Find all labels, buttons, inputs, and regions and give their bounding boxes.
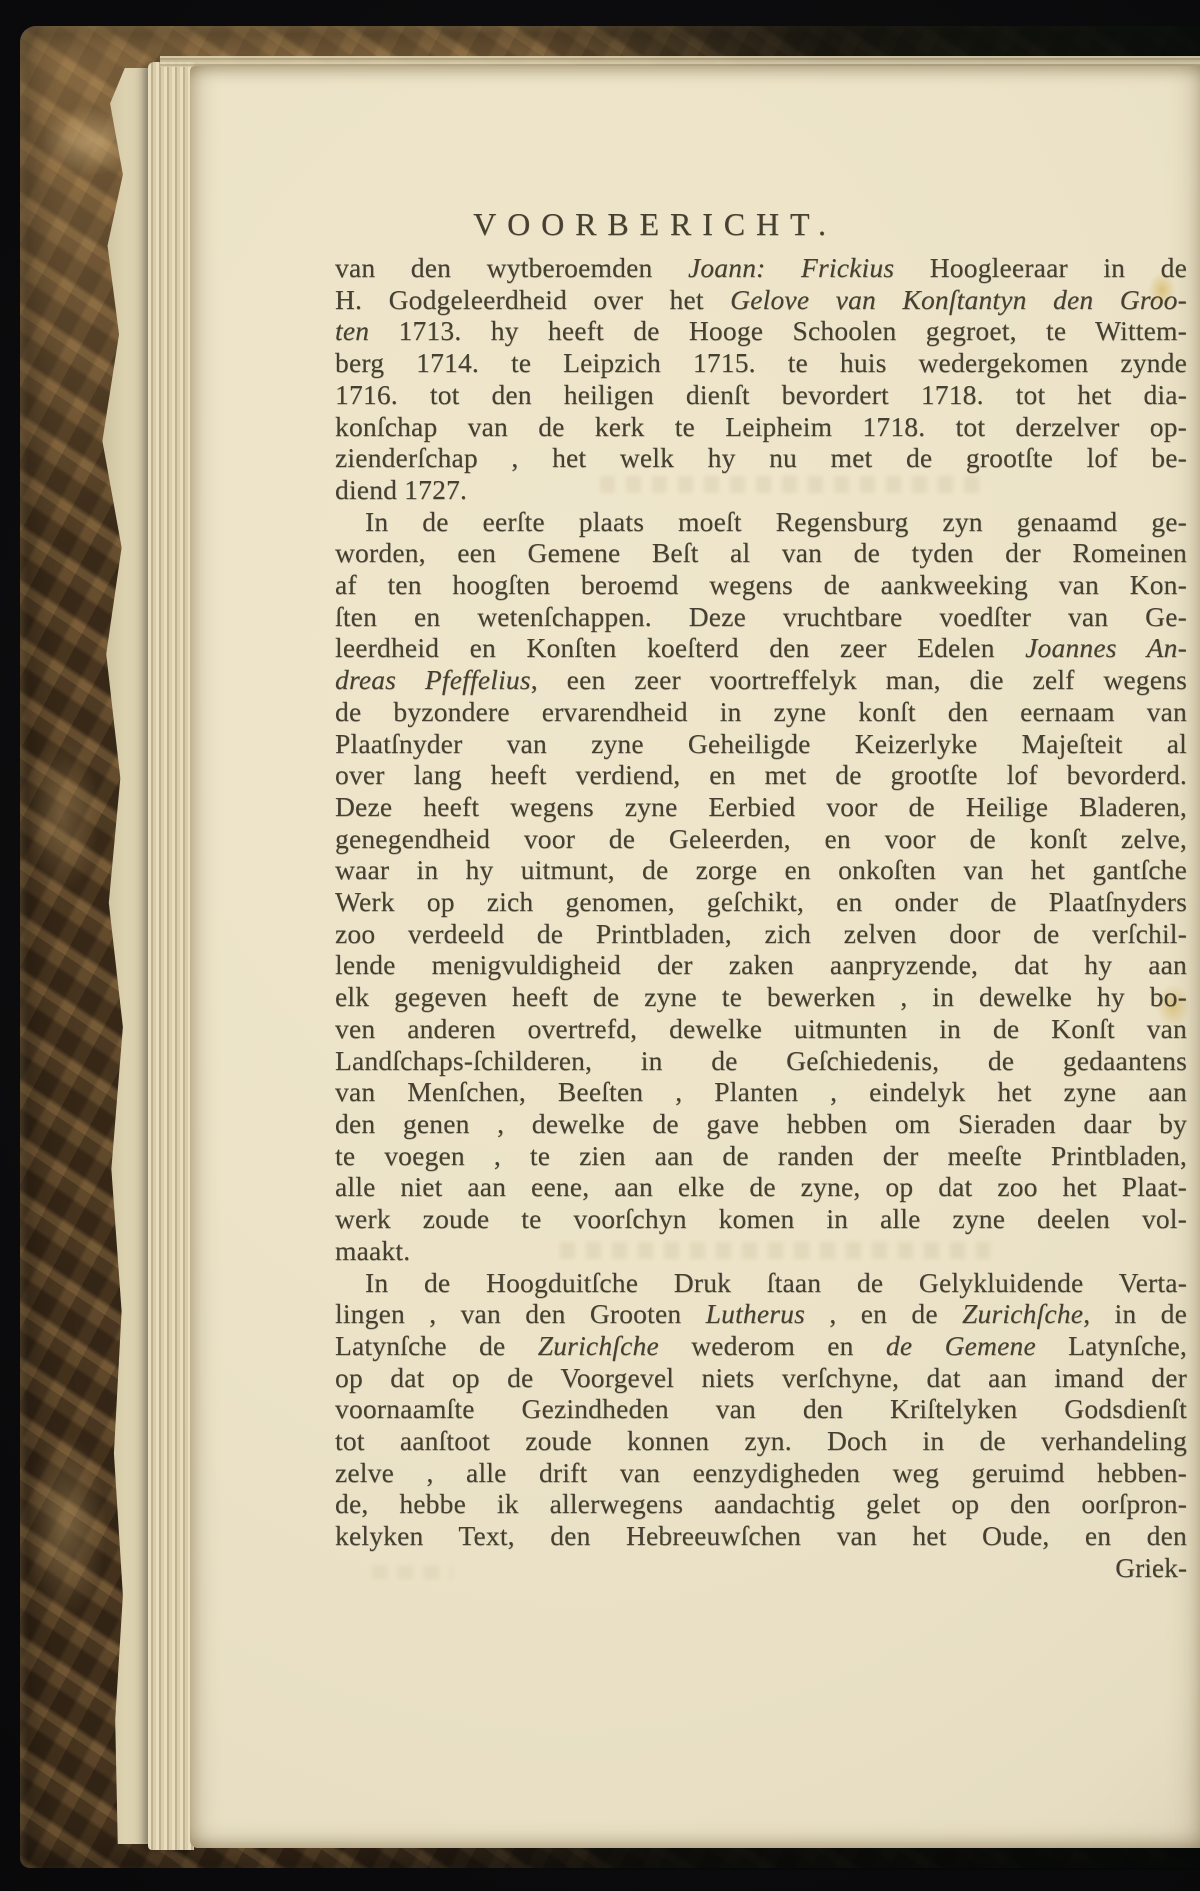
text-line: leerdheid en Konſten koeſterd den zeer E…: [335, 632, 1187, 664]
roman-text: op dat op de Voorgevel niets verſchyne, …: [335, 1362, 1187, 1393]
roman-text: Latynſche,: [1036, 1330, 1187, 1361]
text-line: voornaamſte Gezindheden van den Kriſtely…: [335, 1393, 1187, 1425]
roman-text: zienderſchap , het welk hy nu met de gro…: [335, 442, 1187, 473]
roman-text: kelyken Text, den Hebreeuwſchen van het …: [335, 1520, 1187, 1551]
text-line: kelyken Text, den Hebreeuwſchen van het …: [335, 1520, 1187, 1552]
text-line: zelve , alle drift van eenzydigheden weg…: [335, 1457, 1187, 1489]
roman-text: Deze heeft wegens zyne Eerbied voor de H…: [335, 791, 1187, 822]
paragraph: In de Hoogduitſche Druk ſtaan de Gelyklu…: [335, 1267, 1187, 1552]
text-line: H. Godgeleerdheid over het Gelove van Ko…: [335, 284, 1187, 316]
text-line: zienderſchap , het welk hy nu met de gro…: [335, 442, 1187, 474]
roman-text: ſten en wetenſchappen. Deze vruchtbare v…: [335, 601, 1187, 632]
text-line: Plaatſnyder van zyne Geheiligde Keizerly…: [335, 728, 1187, 760]
roman-text: , een zeer voortreffelyk man, die zelf w…: [531, 664, 1187, 695]
page-content: VOORBERICHT. van den wytberoemden Joann:…: [190, 66, 1200, 1848]
text-line: lende menigvuldigheid der zaken aanpryze…: [335, 949, 1187, 981]
text-line: 1716. tot den heiligen dienſt bevordert …: [335, 379, 1187, 411]
roman-text: worden, een Gemene Beſt al van de tyden …: [335, 537, 1187, 568]
italic-text: dreas Pfeffelius: [335, 664, 531, 695]
roman-text: ven anderen overtrefd, dewelke uitmunten…: [335, 1013, 1187, 1044]
roman-text: genegendheid voor de Geleerden, en voor …: [335, 823, 1187, 854]
text-line: elk gegeven heeft de zyne te bewerken , …: [335, 981, 1187, 1013]
text-block: van den wytberoemden Joann: Frickius Hoo…: [335, 252, 1187, 1552]
text-line: over lang heeft verdiend, en met de groo…: [335, 759, 1187, 791]
text-line: werk zoude te voorſchyn komen in alle zy…: [335, 1203, 1187, 1235]
text-line: worden, een Gemene Beſt al van de tyden …: [335, 537, 1187, 569]
text-line: den genen , dewelke de gave hebben om Si…: [335, 1108, 1187, 1140]
roman-text: Hoogleeraar in de: [894, 252, 1187, 283]
text-line: Werk op zich genomen, geſchikt, en onder…: [335, 886, 1187, 918]
roman-text: te voegen , te zien aan de randen der me…: [335, 1140, 1187, 1171]
roman-text: Landſchaps-ſchilderen, in de Geſchiedeni…: [335, 1045, 1187, 1076]
roman-text: zelve , alle drift van eenzydigheden weg…: [335, 1457, 1187, 1488]
italic-text: Zurichſche: [962, 1298, 1083, 1329]
roman-text: elk gegeven heeft de zyne te bewerken , …: [335, 981, 1187, 1012]
roman-text: H. Godgeleerdheid over het: [335, 284, 730, 315]
text-line: konſchap van de kerk te Leipheim 1718. t…: [335, 411, 1187, 443]
text-line: ven anderen overtrefd, dewelke uitmunten…: [335, 1013, 1187, 1045]
roman-text: 1716. tot den heiligen dienſt bevordert …: [335, 379, 1187, 410]
text-line: waar in hy uitmunt, de zorge en onkoſten…: [335, 854, 1187, 886]
text-line: ſten en wetenſchappen. Deze vruchtbare v…: [335, 601, 1187, 633]
roman-text: tot aanſtoot zoude konnen zyn. Doch in d…: [335, 1425, 1187, 1456]
roman-text: de, hebbe ik allerwegens aandachtig gele…: [335, 1488, 1187, 1519]
italic-text: Joann: Frickius: [688, 252, 894, 283]
text-line: maakt.: [335, 1235, 1187, 1267]
text-line: genegendheid voor de Geleerden, en voor …: [335, 823, 1187, 855]
roman-text: werk zoude te voorſchyn komen in alle zy…: [335, 1203, 1187, 1234]
roman-text: In de Hoogduitſche Druk ſtaan de Gelyklu…: [365, 1267, 1187, 1298]
paragraph: In de eerſte plaats moeſt Regensburg zyn…: [335, 506, 1187, 1267]
text-line: Landſchaps-ſchilderen, in de Geſchiedeni…: [335, 1045, 1187, 1077]
roman-text: , en de: [805, 1298, 962, 1329]
roman-text: van Menſchen, Beeſten , Planten , eindel…: [335, 1076, 1187, 1107]
text-line: diend 1727.: [335, 474, 1187, 506]
text-line: dreas Pfeffelius, een zeer voortreffelyk…: [335, 664, 1187, 696]
catchword: Griek-: [335, 1552, 1187, 1584]
roman-text: Werk op zich genomen, geſchikt, en onder…: [335, 886, 1187, 917]
italic-text: Joannes An-: [1025, 632, 1187, 663]
text-line: Latynſche de Zurichſche wederom en de Ge…: [335, 1330, 1187, 1362]
italic-text: ten: [335, 315, 369, 346]
roman-text: diend 1727.: [335, 474, 467, 505]
text-line: van Menſchen, Beeſten , Planten , eindel…: [335, 1076, 1187, 1108]
text-line: berg 1714. te Leipzich 1715. te huis wed…: [335, 347, 1187, 379]
roman-text: de byzondere ervarendheid in zyne konſt …: [335, 696, 1187, 727]
roman-text: over lang heeft verdiend, en met de groo…: [335, 759, 1187, 790]
roman-text: alle niet aan eene, aan elke de zyne, op…: [335, 1171, 1187, 1202]
text-line: te voegen , te zien aan de randen der me…: [335, 1140, 1187, 1172]
roman-text: In de eerſte plaats moeſt Regensburg zyn…: [365, 506, 1187, 537]
book-photo: VOORBERICHT. van den wytberoemden Joann:…: [0, 0, 1200, 1891]
roman-text: wederom en: [659, 1330, 886, 1361]
text-line: van den wytberoemden Joann: Frickius Hoo…: [335, 252, 1187, 284]
roman-text: Latynſche de: [335, 1330, 538, 1361]
text-line: Deze heeft wegens zyne Eerbied voor de H…: [335, 791, 1187, 823]
italic-text: Gelove van Konſtantyn den Groo-: [730, 284, 1187, 315]
text-line: alle niet aan eene, aan elke de zyne, op…: [335, 1171, 1187, 1203]
roman-text: lingen , van den Grooten: [335, 1298, 706, 1329]
italic-text: Lutherus: [706, 1298, 805, 1329]
italic-text: de Gemene: [886, 1330, 1036, 1361]
roman-text: van den wytberoemden: [335, 252, 688, 283]
roman-text: lende menigvuldigheid der zaken aanpryze…: [335, 949, 1187, 980]
roman-text: konſchap van de kerk te Leipheim 1718. t…: [335, 411, 1187, 442]
text-line: lingen , van den Grooten Lutherus , en d…: [335, 1298, 1187, 1330]
text-line: ten 1713. hy heeft de Hooge Schoolen geg…: [335, 315, 1187, 347]
page-edge-stack: [148, 62, 194, 1850]
paragraph: van den wytberoemden Joann: Frickius Hoo…: [335, 252, 1187, 506]
text-line: zoo verdeeld de Printbladen, zich zelven…: [335, 918, 1187, 950]
roman-text: maakt.: [335, 1235, 410, 1266]
roman-text: Plaatſnyder van zyne Geheiligde Keizerly…: [335, 728, 1187, 759]
roman-text: voornaamſte Gezindheden van den Kriſtely…: [335, 1393, 1187, 1424]
roman-text: zoo verdeeld de Printbladen, zich zelven…: [335, 918, 1187, 949]
text-line: tot aanſtoot zoude konnen zyn. Doch in d…: [335, 1425, 1187, 1457]
text-line: af ten hoogſten beroemd wegens de aankwe…: [335, 569, 1187, 601]
page-heading: VOORBERICHT.: [335, 205, 975, 243]
text-line: In de eerſte plaats moeſt Regensburg zyn…: [335, 506, 1187, 538]
roman-text: 1713. hy heeft de Hooge Schoolen gegroet…: [369, 315, 1187, 346]
text-line: de byzondere ervarendheid in zyne konſt …: [335, 696, 1187, 728]
roman-text: den genen , dewelke de gave hebben om Si…: [335, 1108, 1187, 1139]
text-line: de, hebbe ik allerwegens aandachtig gele…: [335, 1488, 1187, 1520]
roman-text: berg 1714. te Leipzich 1715. te huis wed…: [335, 347, 1187, 378]
text-line: In de Hoogduitſche Druk ſtaan de Gelyklu…: [335, 1267, 1187, 1299]
roman-text: , in de: [1083, 1298, 1187, 1329]
roman-text: leerdheid en Konſten koeſterd den zeer E…: [335, 632, 1025, 663]
roman-text: waar in hy uitmunt, de zorge en onkoſten…: [335, 854, 1187, 885]
roman-text: af ten hoogſten beroemd wegens de aankwe…: [335, 569, 1187, 600]
italic-text: Zurichſche: [538, 1330, 659, 1361]
text-line: op dat op de Voorgevel niets verſchyne, …: [335, 1362, 1187, 1394]
